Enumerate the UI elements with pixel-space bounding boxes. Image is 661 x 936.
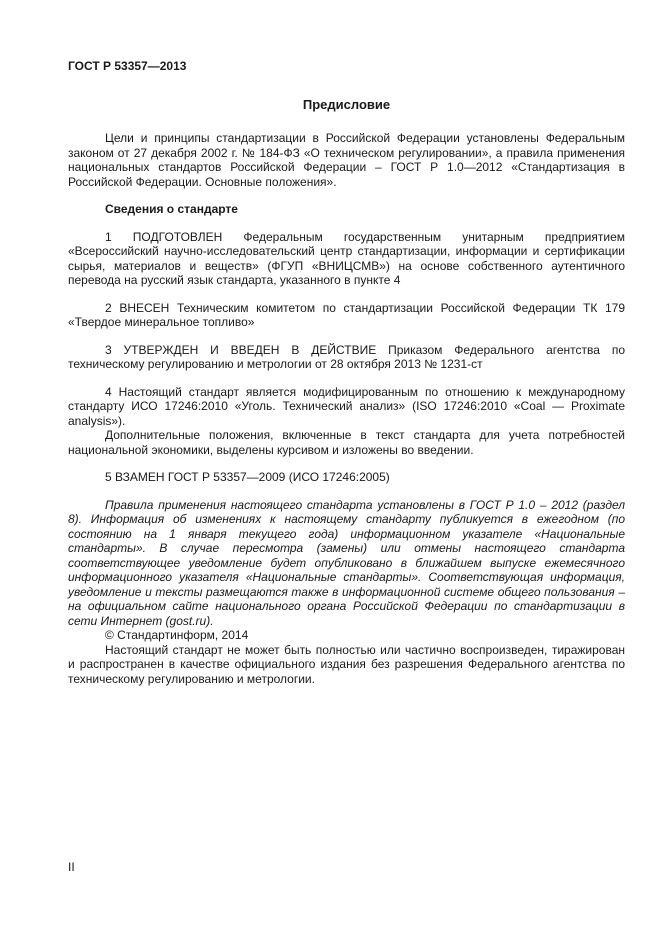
section-heading-standard-info: Сведения о стандарте [68,202,625,217]
standard-info-item-1: 1 ПОДГОТОВЛЕН Федеральным государственны… [68,230,625,288]
page-title: Предисловие [68,98,625,113]
intro-paragraph: Цели и принципы стандартизации в Российс… [68,131,625,189]
standard-info-item-2: 2 ВНЕСЕН Техническим комитетом по станда… [68,301,625,330]
document-number: ГОСТ Р 53357—2013 [68,59,625,74]
standard-info-item-4-continuation: Дополнительные положения, включенные в т… [68,428,625,457]
copyright-line: © Стандартинформ, 2014 [68,628,625,643]
page-number: II [68,860,75,875]
document-page: ГОСТ Р 53357—2013 Предисловие Цели и при… [0,0,661,936]
standard-info-item-3: 3 УТВЕРЖДЕН И ВВЕДЕН В ДЕЙСТВИЕ Приказом… [68,343,625,372]
standard-info-item-4: 4 Настоящий стандарт является модифициро… [68,385,625,429]
standard-info-item-5: 5 ВЗАМЕН ГОСТ Р 53357—2009 (ИСО 17246:20… [68,470,625,485]
reproduction-restriction-paragraph: Настоящий стандарт не может быть полност… [68,643,625,687]
application-rules-note: Правила применения настоящего стандарта … [68,498,625,629]
